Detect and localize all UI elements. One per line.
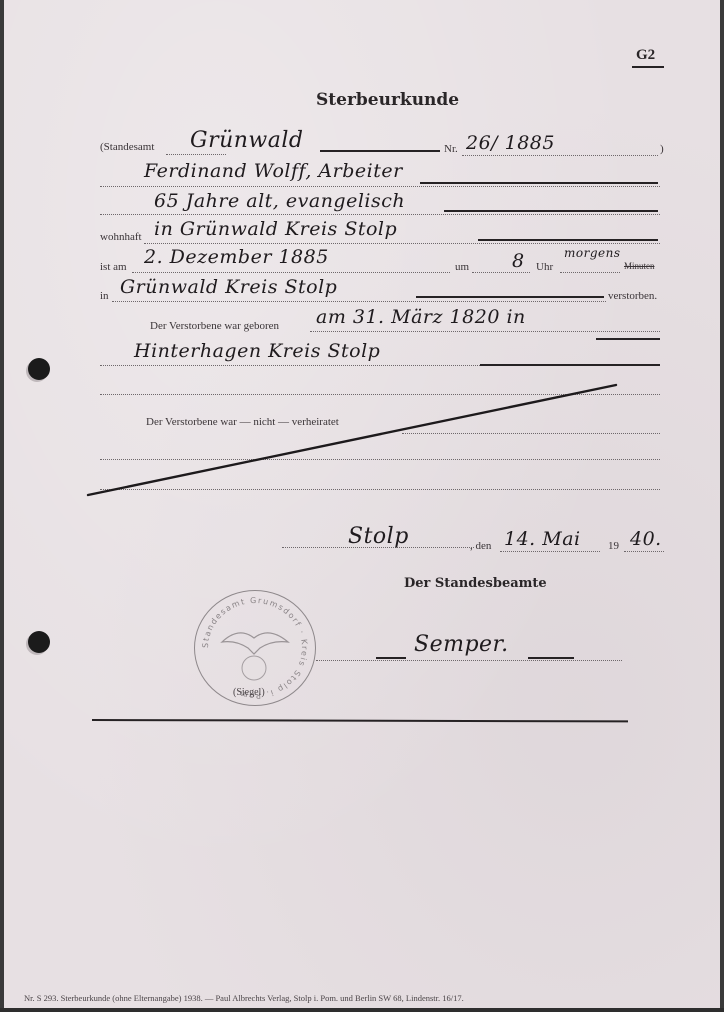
year-suffix: 40.	[630, 528, 662, 550]
official-title: Der Standesbeamte	[404, 576, 547, 591]
punch-hole-bottom	[28, 631, 50, 653]
bottom-rule	[92, 719, 628, 722]
den-label: , den	[470, 540, 491, 552]
issuance-place: Stolp	[348, 524, 409, 549]
official-seal: Standesamt Grumsdorf · Kreis Stolp i. Po…	[194, 590, 316, 706]
seal-label: (Siegel)	[233, 687, 265, 698]
punch-hole-top	[28, 358, 50, 380]
issuance-date: 14. Mai	[504, 528, 581, 550]
official-signature: Semper.	[414, 632, 509, 657]
printer-footer: Nr. S 293. Sterbeurkunde (ohne Elternang…	[24, 993, 464, 1003]
svg-text:Standesamt Grumsdorf · Kreis S: Standesamt Grumsdorf · Kreis Stolp i. Po…	[201, 596, 309, 700]
dotted-line	[500, 551, 600, 552]
fill-line	[528, 657, 574, 659]
dotted-line	[316, 660, 622, 661]
scan-edge	[0, 1008, 724, 1012]
fill-line	[376, 657, 406, 659]
dotted-line	[624, 551, 664, 552]
year-prefix: 19	[608, 540, 619, 552]
death-certificate-page: G2 Sterbeurkunde (Standesamt Grünwald Nr…	[4, 0, 720, 1012]
cancellation-stroke	[4, 0, 720, 520]
